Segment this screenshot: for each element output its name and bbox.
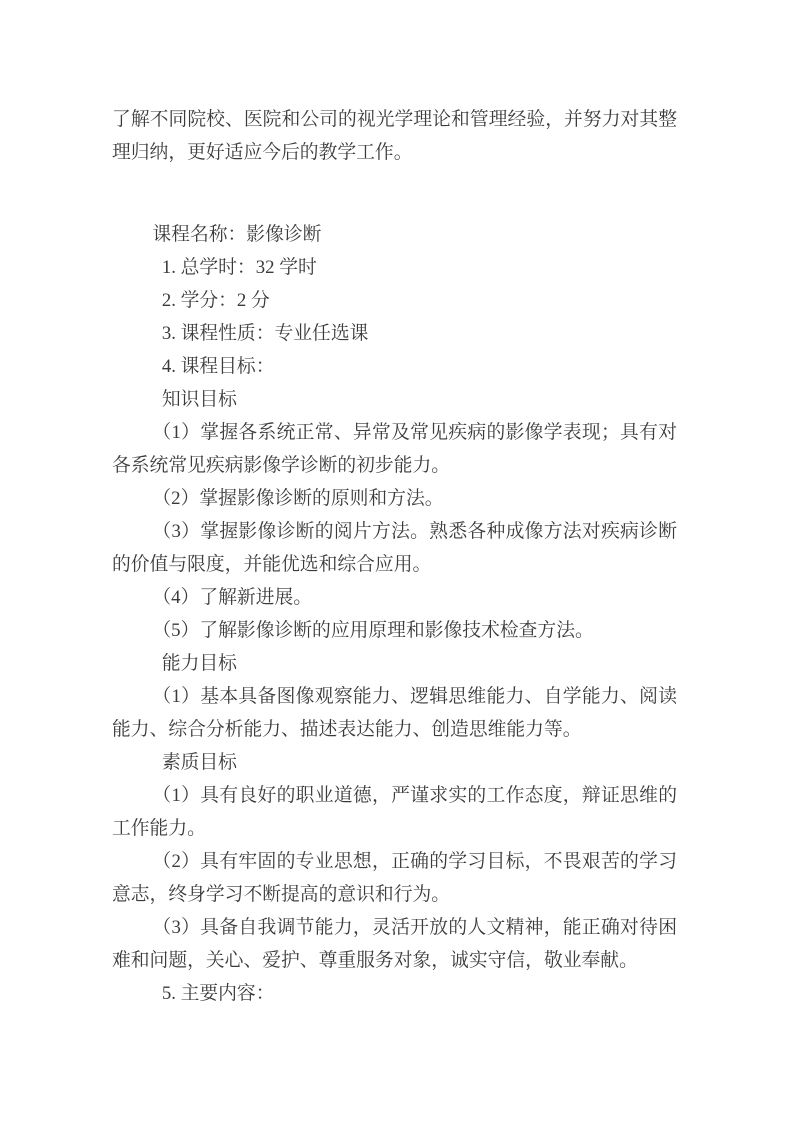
para-quality-goal-2: （2）具有牢固的专业思想，正确的学习目标，不畏艰苦的学习意志，终身学习不断提高的… — [112, 845, 677, 911]
para-course-name: 课程名称：影像诊断 — [112, 218, 677, 251]
para-knowledge-goal-3: （3）掌握影像诊断的阅片方法。熟悉各种成像方法对疾病诊断的价值与限度，并能优选和… — [112, 515, 677, 581]
document-body: 了解不同院校、医院和公司的视光学理论和管理经验，并努力对其整理归纳，更好适应今后… — [112, 103, 677, 1010]
para-ability-goals-heading: 能力目标 — [112, 647, 677, 680]
para-item-2-credits: 2. 学分：2 分 — [112, 284, 677, 317]
para-item-4-course-objectives: 4. 课程目标： — [112, 350, 677, 383]
para-quality-goal-1: （1）具有良好的职业道德，严谨求实的工作态度，辩证思维的工作能力。 — [112, 779, 677, 845]
para-ability-goal-1: （1）基本具备图像观察能力、逻辑思维能力、自学能力、阅读能力、综合分析能力、描述… — [112, 680, 677, 746]
para-knowledge-goal-5: （5）了解影像诊断的应用原理和影像技术检查方法。 — [112, 614, 677, 647]
para-item-1-total-hours: 1. 总学时：32 学时 — [112, 251, 677, 284]
para-knowledge-goals-heading: 知识目标 — [112, 383, 677, 416]
para-item-5-main-content: 5. 主要内容： — [112, 977, 677, 1010]
para-item-3-course-type: 3. 课程性质：专业任选课 — [112, 317, 677, 350]
para-continuation: 了解不同院校、医院和公司的视光学理论和管理经验，并努力对其整理归纳，更好适应今后… — [112, 103, 677, 169]
para-knowledge-goal-4: （4）了解新进展。 — [112, 581, 677, 614]
para-knowledge-goal-2: （2）掌握影像诊断的原则和方法。 — [112, 482, 677, 515]
document-page: 了解不同院校、医院和公司的视光学理论和管理经验，并努力对其整理归纳，更好适应今后… — [0, 0, 793, 1122]
para-knowledge-goal-1: （1）掌握各系统正常、异常及常见疾病的影像学表现；具有对各系统常见疾病影像学诊断… — [112, 416, 677, 482]
para-quality-goals-heading: 素质目标 — [112, 746, 677, 779]
para-quality-goal-3: （3）具备自我调节能力，灵活开放的人文精神，能正确对待困难和问题，关心、爱护、尊… — [112, 911, 677, 977]
